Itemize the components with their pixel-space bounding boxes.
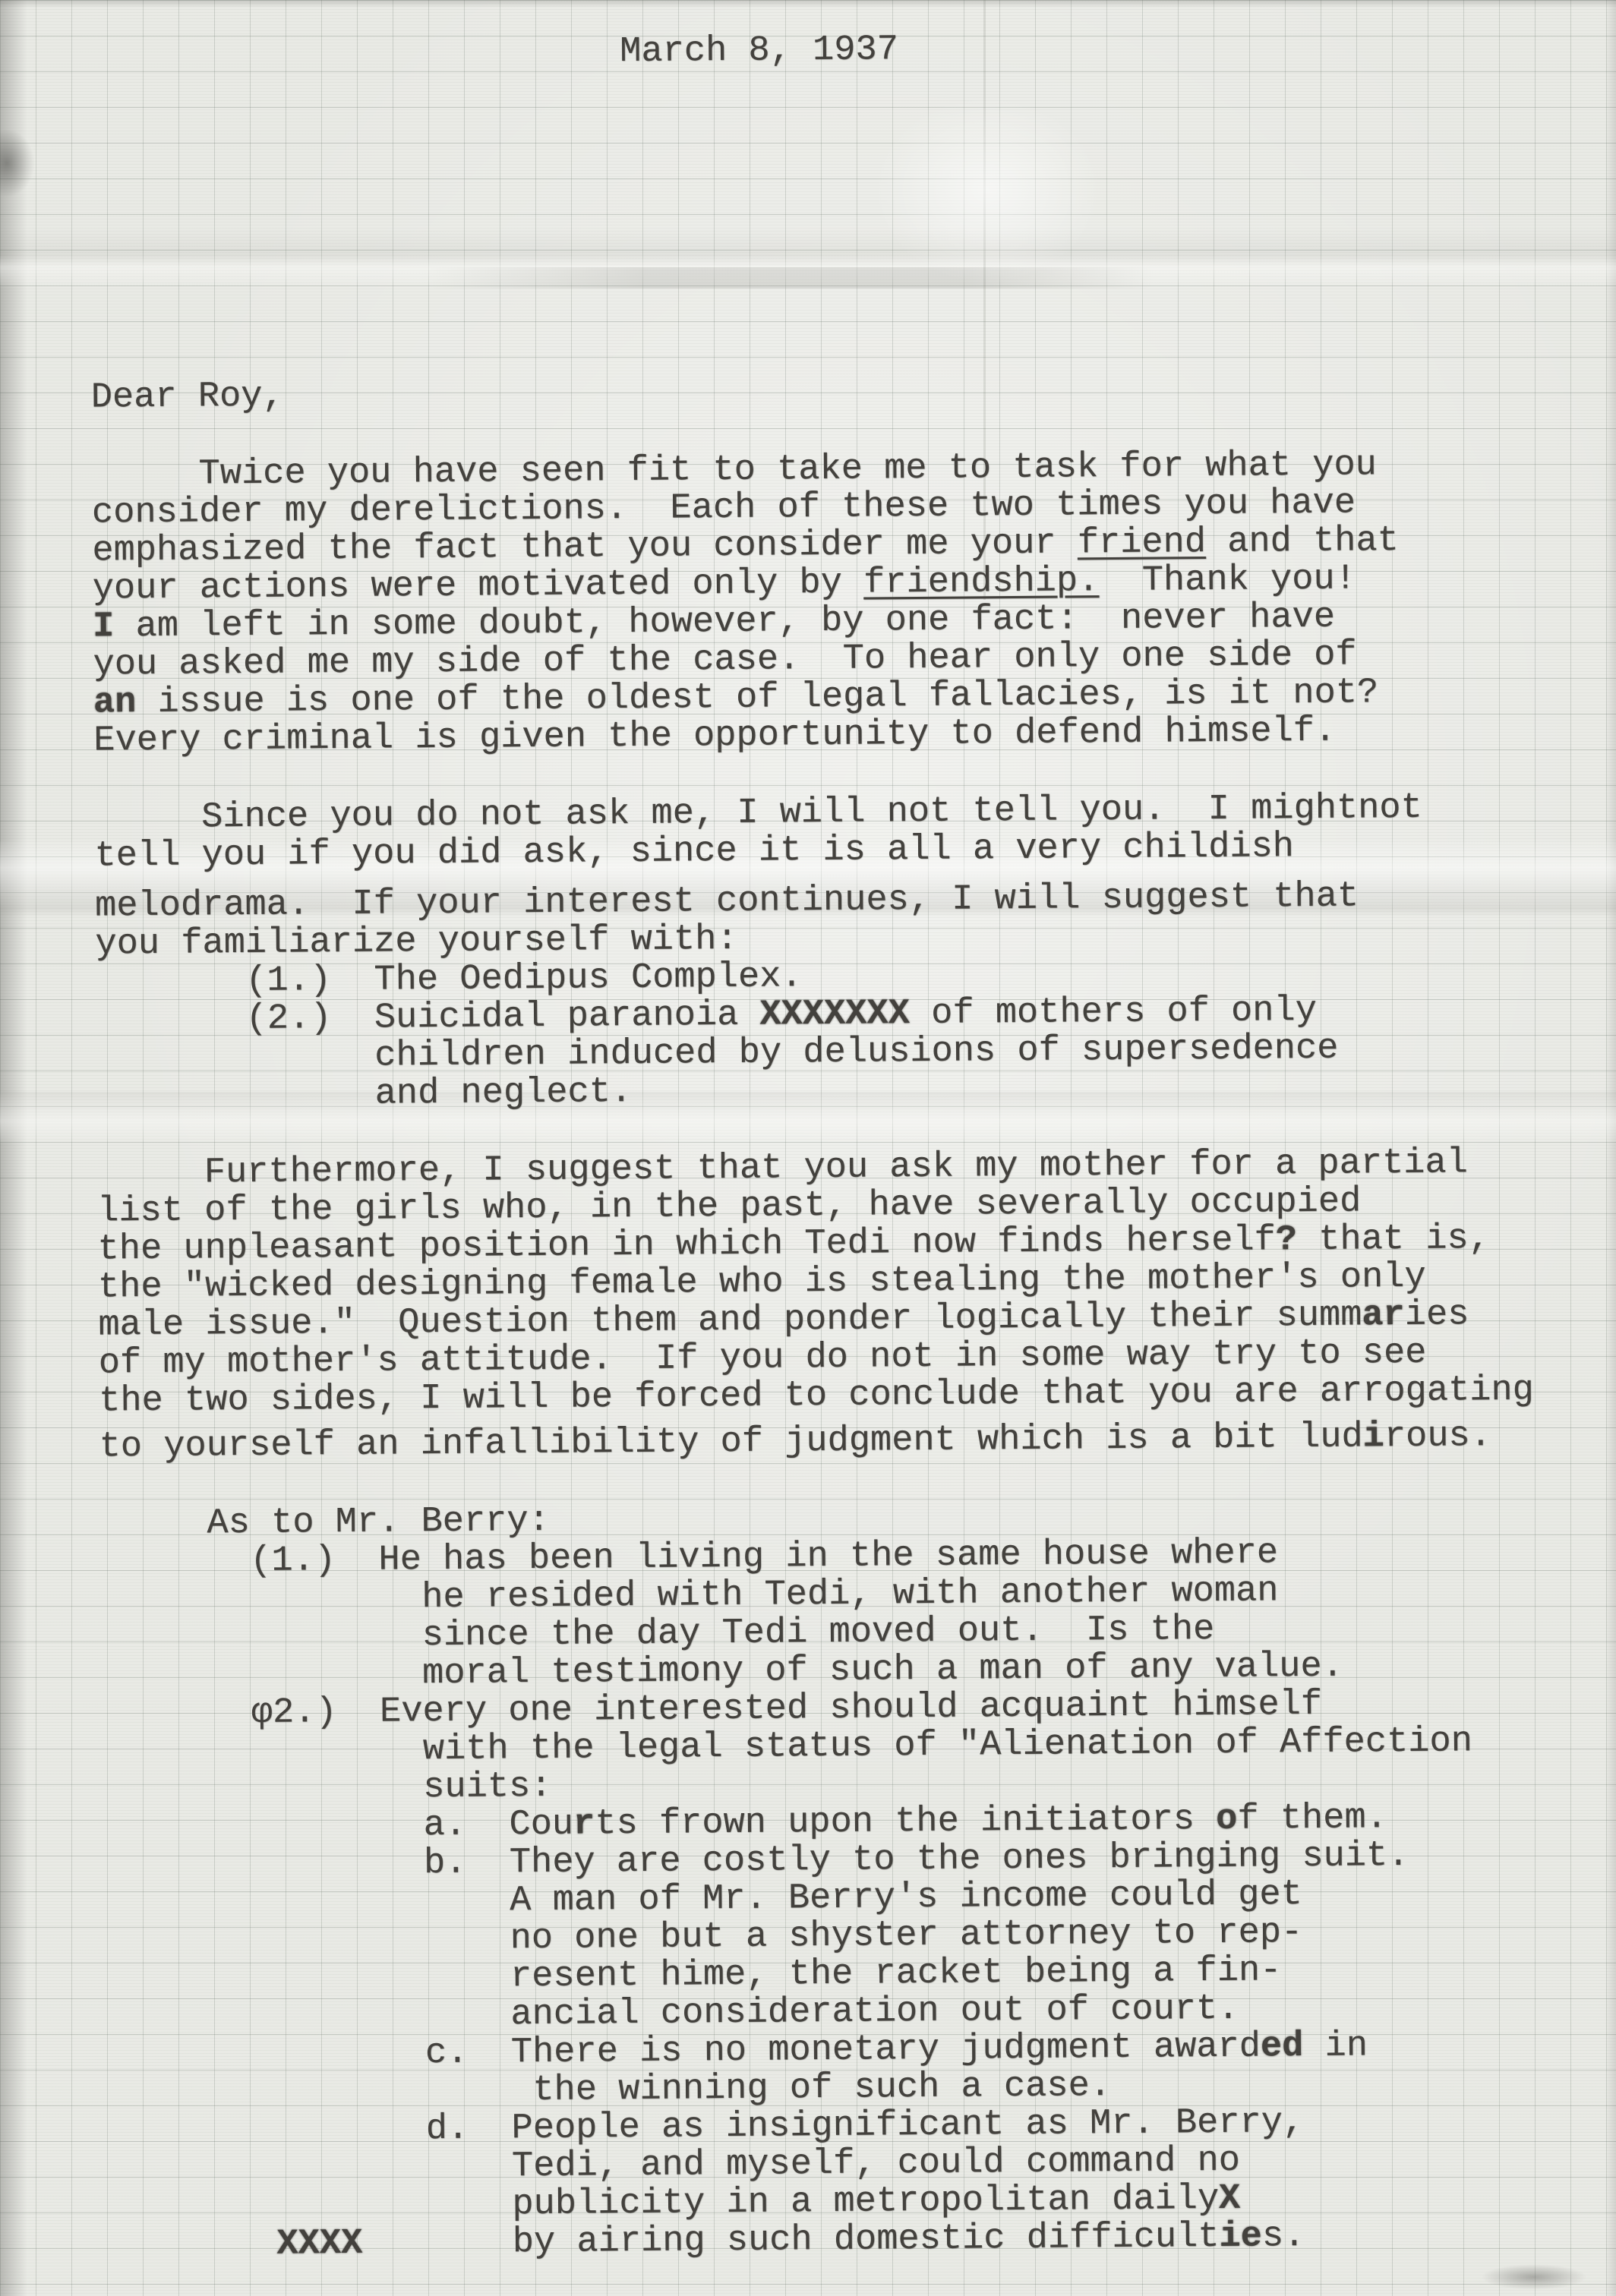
typed-text: rous. (1384, 1416, 1491, 1457)
overstruck-text: ie (1219, 2217, 1262, 2257)
overstruck-text: ? (1276, 1220, 1298, 1260)
typed-text: and that (1206, 521, 1399, 563)
typed-text: s. (1262, 2216, 1305, 2257)
typed-text: to yourself an infallibility of judgment… (99, 1417, 1362, 1467)
letter-line: Dear Roy, (91, 367, 1602, 418)
overstruck-text: an (93, 683, 137, 723)
letter-page: March 8, 1937 Dear Roy, Twice you have s… (0, 0, 1616, 2296)
typed-text: f them. (1237, 1798, 1387, 1840)
overstruck-text: XXXXXXX (759, 994, 910, 1036)
overstruck-text: r (573, 1804, 595, 1844)
typed-text: Dear Roy, (91, 377, 284, 418)
typed-text: Thank you! (1099, 559, 1356, 601)
letter-content: March 8, 1937 Dear Roy, Twice you have s… (0, 0, 1616, 2296)
underlined-text: friendship. (863, 561, 1100, 603)
letter-date: March 8, 1937 (620, 31, 898, 71)
typed-text (101, 1693, 251, 1735)
typed-text: suits: (102, 1767, 552, 1811)
letter-body: Dear Roy, Twice you have seen fit to tak… (91, 367, 1616, 2266)
typed-text: and neglect. (96, 1072, 633, 1117)
overstruck-text: XXXX (276, 2224, 362, 2265)
typed-text: As to Mr. Berry: (99, 1501, 550, 1545)
overstruck-text: o (1216, 1799, 1238, 1840)
underlined-text: friend (1078, 522, 1207, 563)
typed-text: tell you if you did ask, since it is all… (94, 827, 1294, 876)
overstruck-text: ar (1362, 1295, 1405, 1336)
overstruck-text: X (1219, 2179, 1241, 2219)
typed-text: by airing such domestic difficult (362, 2217, 1220, 2264)
typed-text: φ2.) (251, 1692, 337, 1733)
typed-text: ies (1405, 1295, 1469, 1336)
overstruck-text: ed (1261, 2026, 1304, 2067)
typed-text: in (1303, 2026, 1368, 2067)
typed-text: that is, (1297, 1219, 1490, 1260)
overstruck-text: i (1362, 1417, 1384, 1457)
typed-text: of mothers of only (910, 991, 1317, 1034)
letter-line: to yourself an infallibility of judgment… (99, 1417, 1610, 1467)
overstruck-text: I (93, 607, 115, 647)
typed-text (106, 2225, 277, 2266)
typed-text: a. Cou (102, 1805, 573, 1849)
